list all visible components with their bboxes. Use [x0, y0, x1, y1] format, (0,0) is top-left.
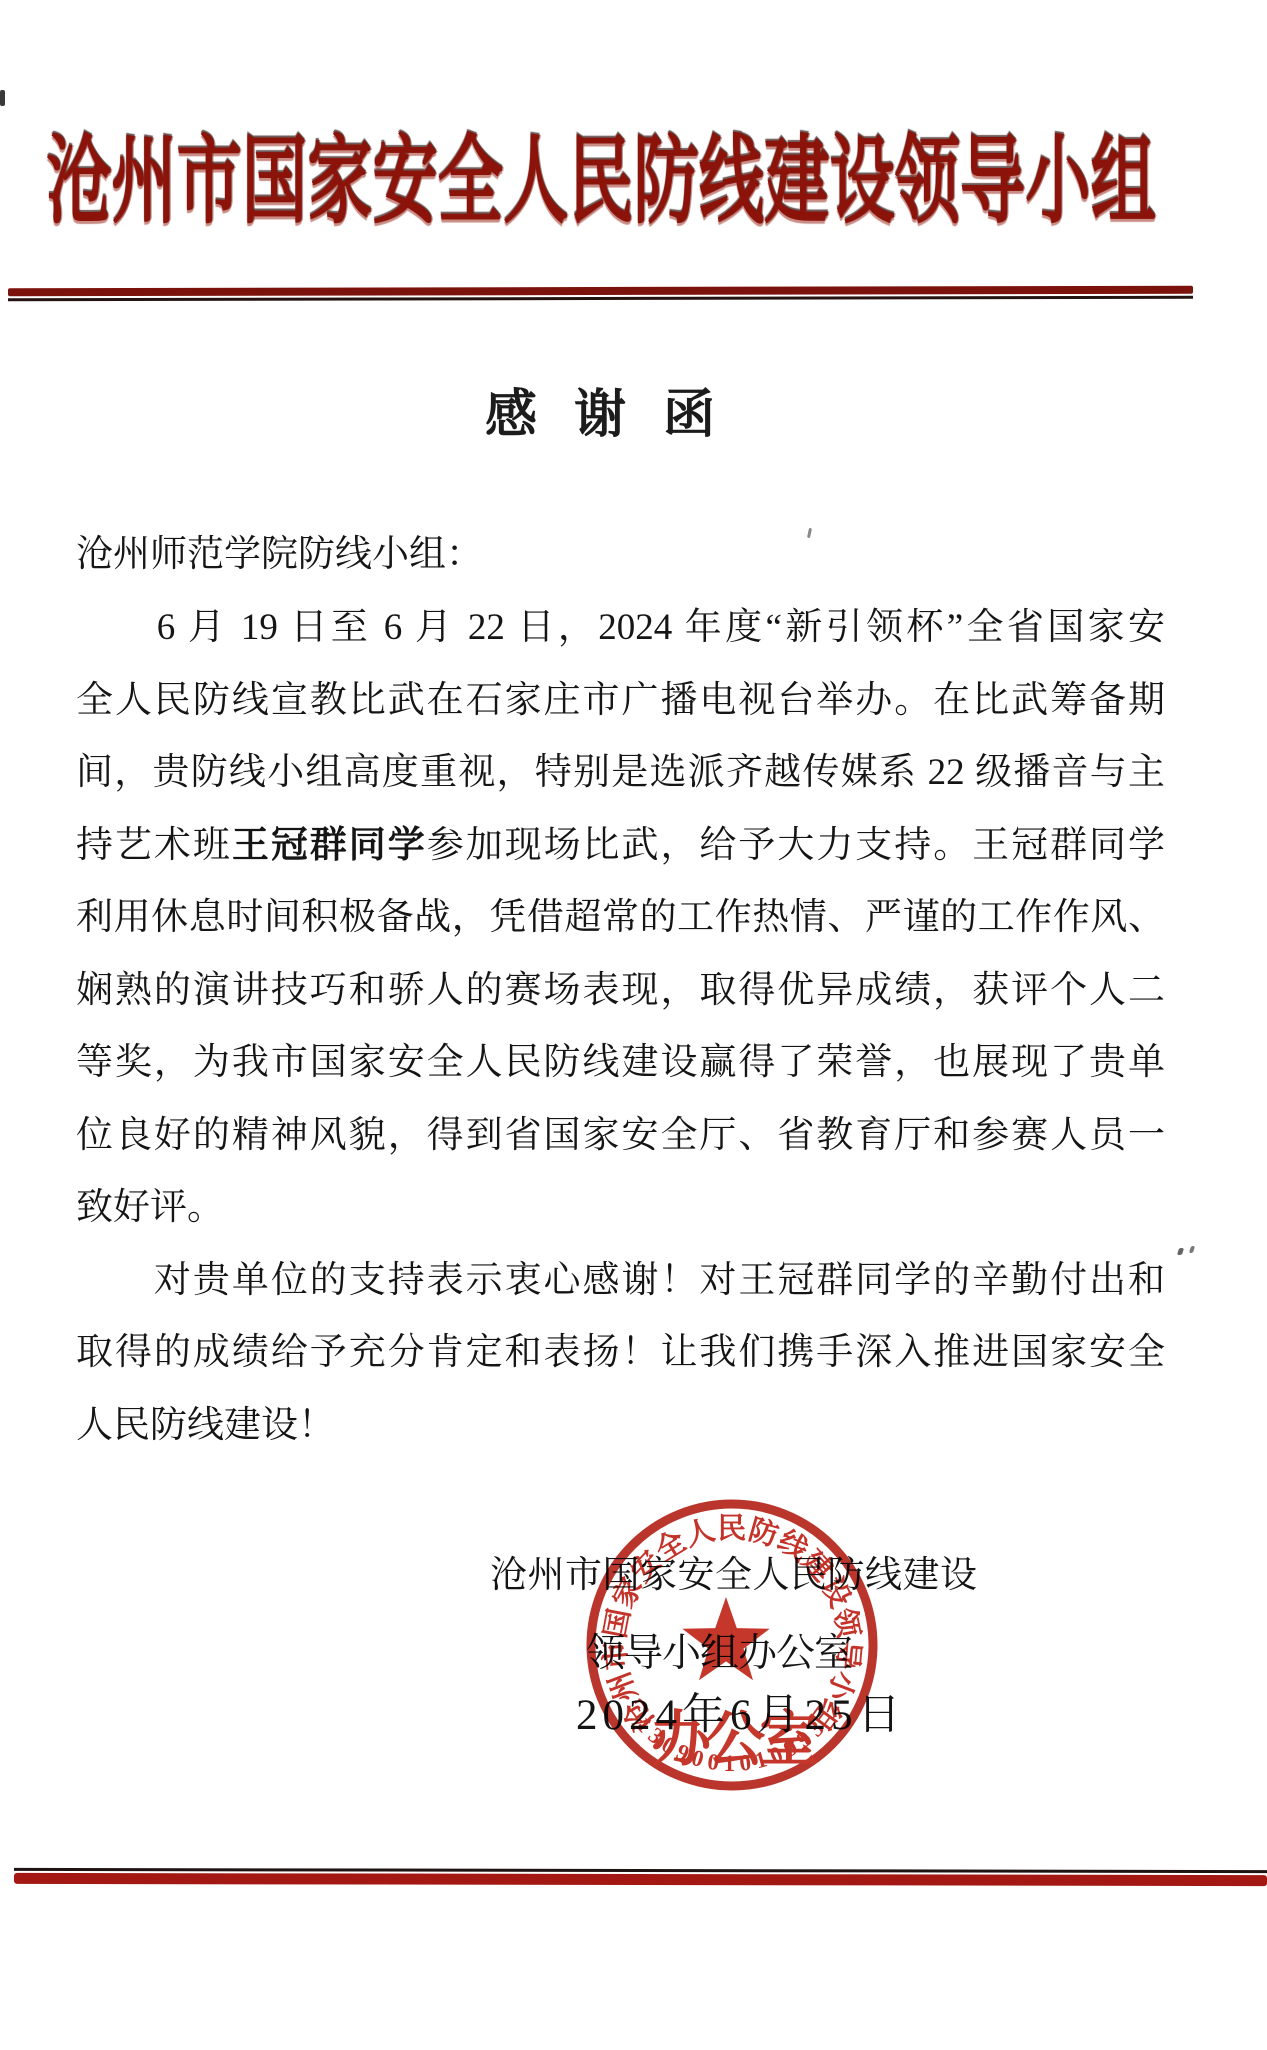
body-line-segment: 持艺术班	[76, 825, 232, 866]
body-line: 利用休息时间积极备战，凭借超常的工作热情、严谨的工作作风、	[76, 882, 1165, 955]
body-line: 全人民防线宣教比武在石家庄市广播电视台举办。在比武筹备期	[76, 665, 1165, 738]
body-line: 持艺术班王冠群同学参加现场比武，给予大力支持。王冠群同学	[76, 810, 1165, 883]
body-line-segment: 参加现场比武，给予大力支持。王冠群同学	[427, 825, 1165, 866]
body-line: 间，贵防线小组高度重视，特别是选派齐越传媒系 22 级播音与主	[76, 737, 1165, 810]
top-rule-red	[8, 286, 1193, 296]
body-line: 致好评。	[76, 1172, 1165, 1245]
scan-speck	[0, 90, 5, 106]
body-line: 人民防线建设！	[76, 1390, 1165, 1463]
top-rule-black	[8, 296, 1193, 301]
scan-speck	[807, 528, 812, 538]
letter-title: 感 谢 函	[0, 388, 1212, 444]
body-line: 对贵单位的支持表示衷心感谢！对王冠群同学的辛勤付出和	[76, 1245, 1165, 1318]
student-name-bold: 王冠群同学	[232, 825, 427, 866]
body-line: 娴熟的演讲技巧和骄人的赛场表现，取得优异成绩，获评个人二	[76, 955, 1165, 1028]
official-seal: 沧州市国家安全人民防线建设领导小组 办公室 1309001010993	[570, 1488, 900, 1818]
scanned-letter-page: 沧州市国家安全人民防线建设领导小组 感 谢 函 沧州师范学院防线小组： 6 月 …	[0, 0, 1267, 2050]
seal-star-icon	[682, 1597, 769, 1680]
body-line: 等奖，为我市国家安全人民防线建设赢得了荣誉，也展现了贵单	[76, 1027, 1165, 1100]
letterhead-org-title: 沧州市国家安全人民防线建设领导小组	[46, 130, 1156, 234]
scan-speck	[1189, 1246, 1195, 1253]
bottom-rule-red	[14, 1873, 1267, 1886]
body-line: 位良好的精神风貌，得到省国家安全厅、省教育厅和参赛人员一	[76, 1100, 1165, 1173]
scan-speck	[1177, 1248, 1184, 1255]
body-line: 6 月 19 日至 6 月 22 日，2024 年度“新引领杯”全省国家安	[76, 592, 1165, 665]
letter-body: 6 月 19 日至 6 月 22 日，2024 年度“新引领杯”全省国家安 全人…	[76, 592, 1165, 1462]
salutation: 沧州师范学院防线小组：	[76, 530, 483, 580]
body-line: 取得的成绩给予充分肯定和表扬！让我们携手深入推进国家安全	[76, 1317, 1165, 1390]
